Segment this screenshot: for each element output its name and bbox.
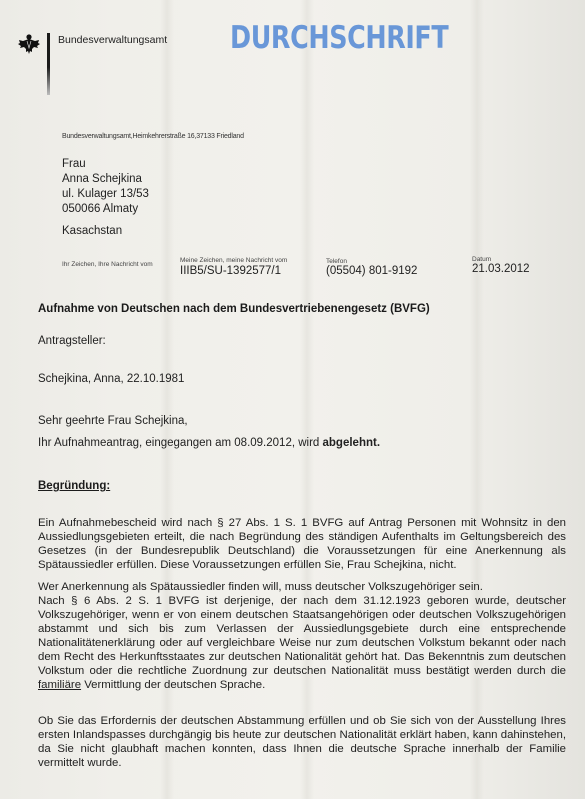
copy-stamp: DURCHSCHRIFT xyxy=(230,20,448,56)
my-reference-value: IIIB5/SU-1392577/1 xyxy=(180,265,281,277)
federal-eagle-icon xyxy=(17,32,41,56)
phone-label: Telefon xyxy=(326,258,347,265)
decision-text: Ihr Aufnahmeantrag, eingegangen am 08.09… xyxy=(38,437,323,449)
my-reference-label: Meine Zeichen, meine Nachricht vom xyxy=(180,257,287,264)
letter-page: Bundesverwaltungsamt DURCHSCHRIFT Bundes… xyxy=(0,0,585,799)
paragraph-1: Ein Aufnahmebescheid wird nach § 27 Abs.… xyxy=(38,516,566,572)
paragraph-2: Wer Anerkennung als Spätaussiedler finde… xyxy=(38,580,566,692)
greeting: Sehr geehrte Frau Schejkina, xyxy=(38,415,188,427)
phone-value: (05504) 801-9192 xyxy=(326,265,417,277)
recipient-street: ul. Kulager 13/53 xyxy=(62,188,149,200)
paragraph-3: Ob Sie das Erfordernis der deutschen Abs… xyxy=(38,714,566,770)
recipient-country: Kasachstan xyxy=(62,225,122,237)
letterhead-bar xyxy=(47,33,50,95)
recipient-city: 050066 Almaty xyxy=(62,203,138,215)
paragraph-2-end: Vermittlung der deutschen Sprache. xyxy=(81,679,265,691)
recipient-name: Anna Schejkina xyxy=(62,173,142,185)
applicant-label: Antragsteller: xyxy=(38,335,106,347)
paragraph-1-text: Ein Aufnahmebescheid wird nach § 27 Abs.… xyxy=(38,516,566,572)
agency-name: Bundesverwaltungsamt xyxy=(58,34,167,46)
recipient-salutation: Frau xyxy=(62,158,86,170)
paragraph-2-intro: Wer Anerkennung als Spätaussiedler finde… xyxy=(38,580,566,594)
decision-line: Ihr Aufnahmeantrag, eingegangen am 08.09… xyxy=(38,437,380,449)
decision-result: abgelehnt. xyxy=(323,437,381,449)
sender-return-address: Bundesverwaltungsamt,Heimkehrerstraße 16… xyxy=(62,133,244,140)
date-label: Datum xyxy=(472,256,491,263)
paragraph-2-emphasis: familiäre xyxy=(38,679,81,691)
your-reference-label: Ihr Zeichen, Ihre Nachricht vom xyxy=(62,261,153,268)
date-value: 21.03.2012 xyxy=(472,263,530,275)
paragraph-3-text: Ob Sie das Erfordernis der deutschen Abs… xyxy=(38,714,566,770)
letter-subject: Aufnahme von Deutschen nach dem Bundesve… xyxy=(38,303,430,315)
applicant-details: Schejkina, Anna, 22.10.1981 xyxy=(38,373,184,385)
reasoning-heading: Begründung: xyxy=(38,480,110,492)
paragraph-2-body: Nach § 6 Abs. 2 S. 1 BVFG ist derjenige,… xyxy=(38,594,566,692)
paragraph-2-main: Nach § 6 Abs. 2 S. 1 BVFG ist derjenige,… xyxy=(38,595,566,677)
